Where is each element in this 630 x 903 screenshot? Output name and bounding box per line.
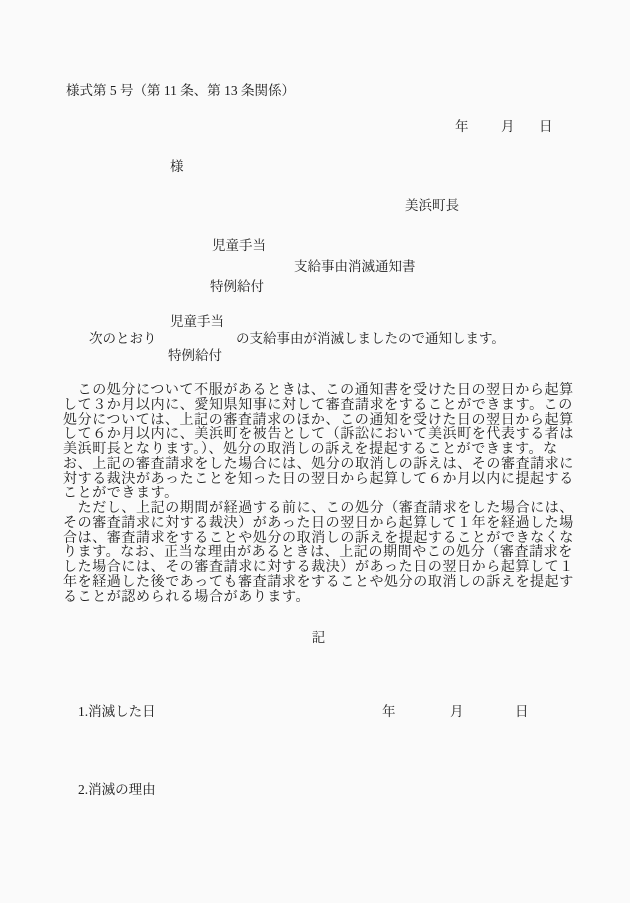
extinction-date-year-label: 年	[382, 705, 396, 720]
issue-date-month-label: 月	[501, 120, 515, 135]
extinction-date-month-label: 月	[450, 705, 464, 720]
issue-date-day-label: 日	[539, 120, 553, 135]
notice-allowance-option-bottom: 特例給付	[168, 349, 222, 364]
notice-document-page: 様式第 5 号（第 11 条、第 13 条関係） 年 月 日 様 美浜町長 児童…	[0, 0, 630, 903]
issuer-title: 美浜町長	[405, 199, 459, 214]
notice-sentence-prefix: 次のとおり	[89, 332, 157, 347]
extinction-date-day-label: 日	[515, 705, 529, 720]
extinction-date-label: 1.消滅した日	[78, 705, 156, 720]
form-number: 様式第 5 号（第 11 条、第 13 条関係）	[66, 84, 295, 99]
record-section-heading: 記	[63, 626, 574, 646]
notice-sentence-suffix: の支給事由が消滅しましたので通知します。	[236, 332, 505, 347]
title-allowance-option-bottom: 特例給付	[210, 280, 264, 295]
notice-allowance-option-top: 児童手当	[170, 315, 224, 330]
appeal-instructions-paragraphs: この処分について不服があるときは、この通知書を受けた日の翌日から起算 して３か月…	[63, 384, 577, 605]
title-allowance-option-top: 児童手当	[212, 239, 266, 254]
extinction-reason-label: 2.消滅の理由	[78, 783, 156, 798]
document-main-title: 支給事由消滅通知書	[294, 260, 416, 275]
addressee-honorific: 様	[170, 160, 184, 175]
issue-date-year-label: 年	[455, 120, 469, 135]
